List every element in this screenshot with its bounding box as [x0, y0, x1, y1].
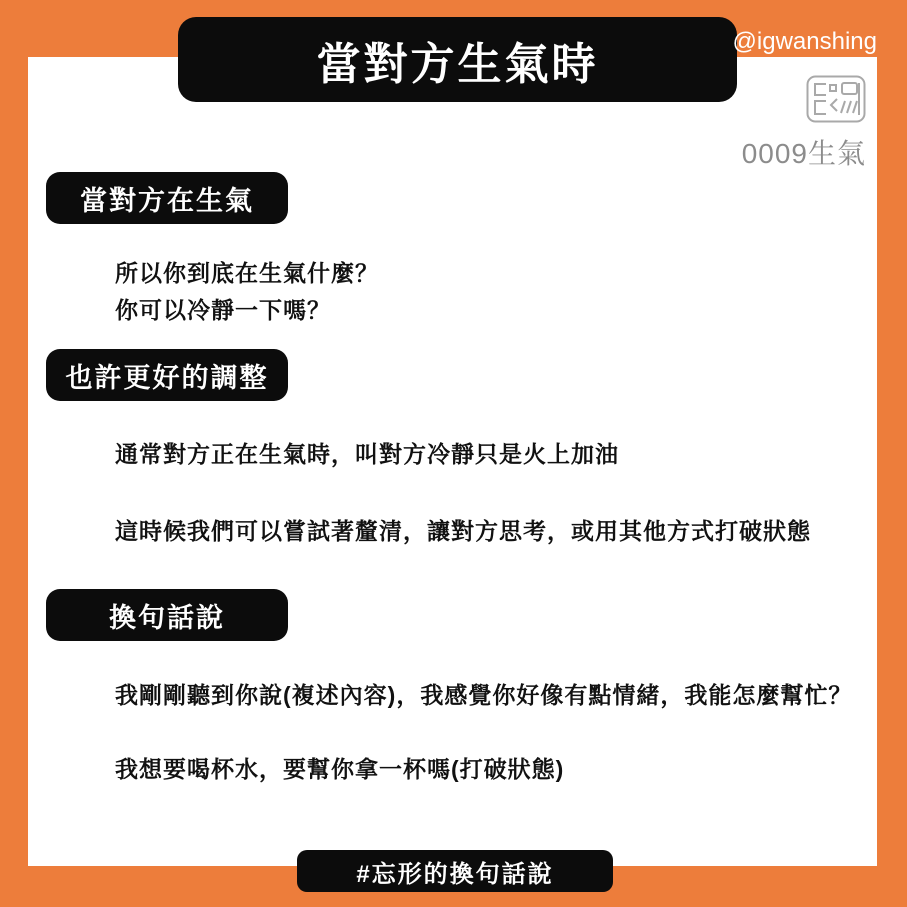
title-banner: 當對方生氣時 [178, 17, 737, 102]
section-2-line-1: 通常對方正在生氣時，叫對方冷靜只是火上加油 [115, 441, 619, 469]
section-label-text: 也許更好的調整 [66, 356, 269, 395]
section-label-text: 當對方在生氣 [80, 179, 254, 218]
episode-number: 0009生氣 [742, 132, 866, 172]
instagram-handle: @igwanshing [733, 28, 877, 56]
section-label-text: 換句話說 [109, 596, 225, 635]
hashtag-text: #忘形的換句話說 [356, 854, 553, 889]
section-label-when-angry: 當對方在生氣 [46, 172, 288, 224]
hashtag-banner: #忘形的換句話說 [297, 850, 613, 892]
section-2-line-2: 這時候我們可以嘗試著釐清，讓對方思考，或用其他方式打破狀態 [115, 518, 811, 546]
section-3-line-2: 我想要喝杯水，要幫你拿一杯嗎(打破狀態) [115, 756, 564, 784]
section-label-better-adjustment: 也許更好的調整 [46, 349, 288, 401]
page-title: 當對方生氣時 [317, 28, 599, 92]
section-3-line-1: 我剛剛聽到你說(複述內容)，我感覺你好像有點情緒，我能怎麼幫忙？ [115, 682, 852, 710]
poster-background: 當對方生氣時 @igwanshing 0009生氣 當對方在生氣 所以你到底在生… [0, 0, 907, 907]
section-1-line-2: 你可以冷靜一下嗎？ [115, 297, 331, 325]
section-1-line-1: 所以你到底在生氣什麼？ [115, 260, 379, 288]
section-label-in-other-words: 換句話說 [46, 589, 288, 641]
wangshing-seal-logo-icon [806, 75, 866, 123]
